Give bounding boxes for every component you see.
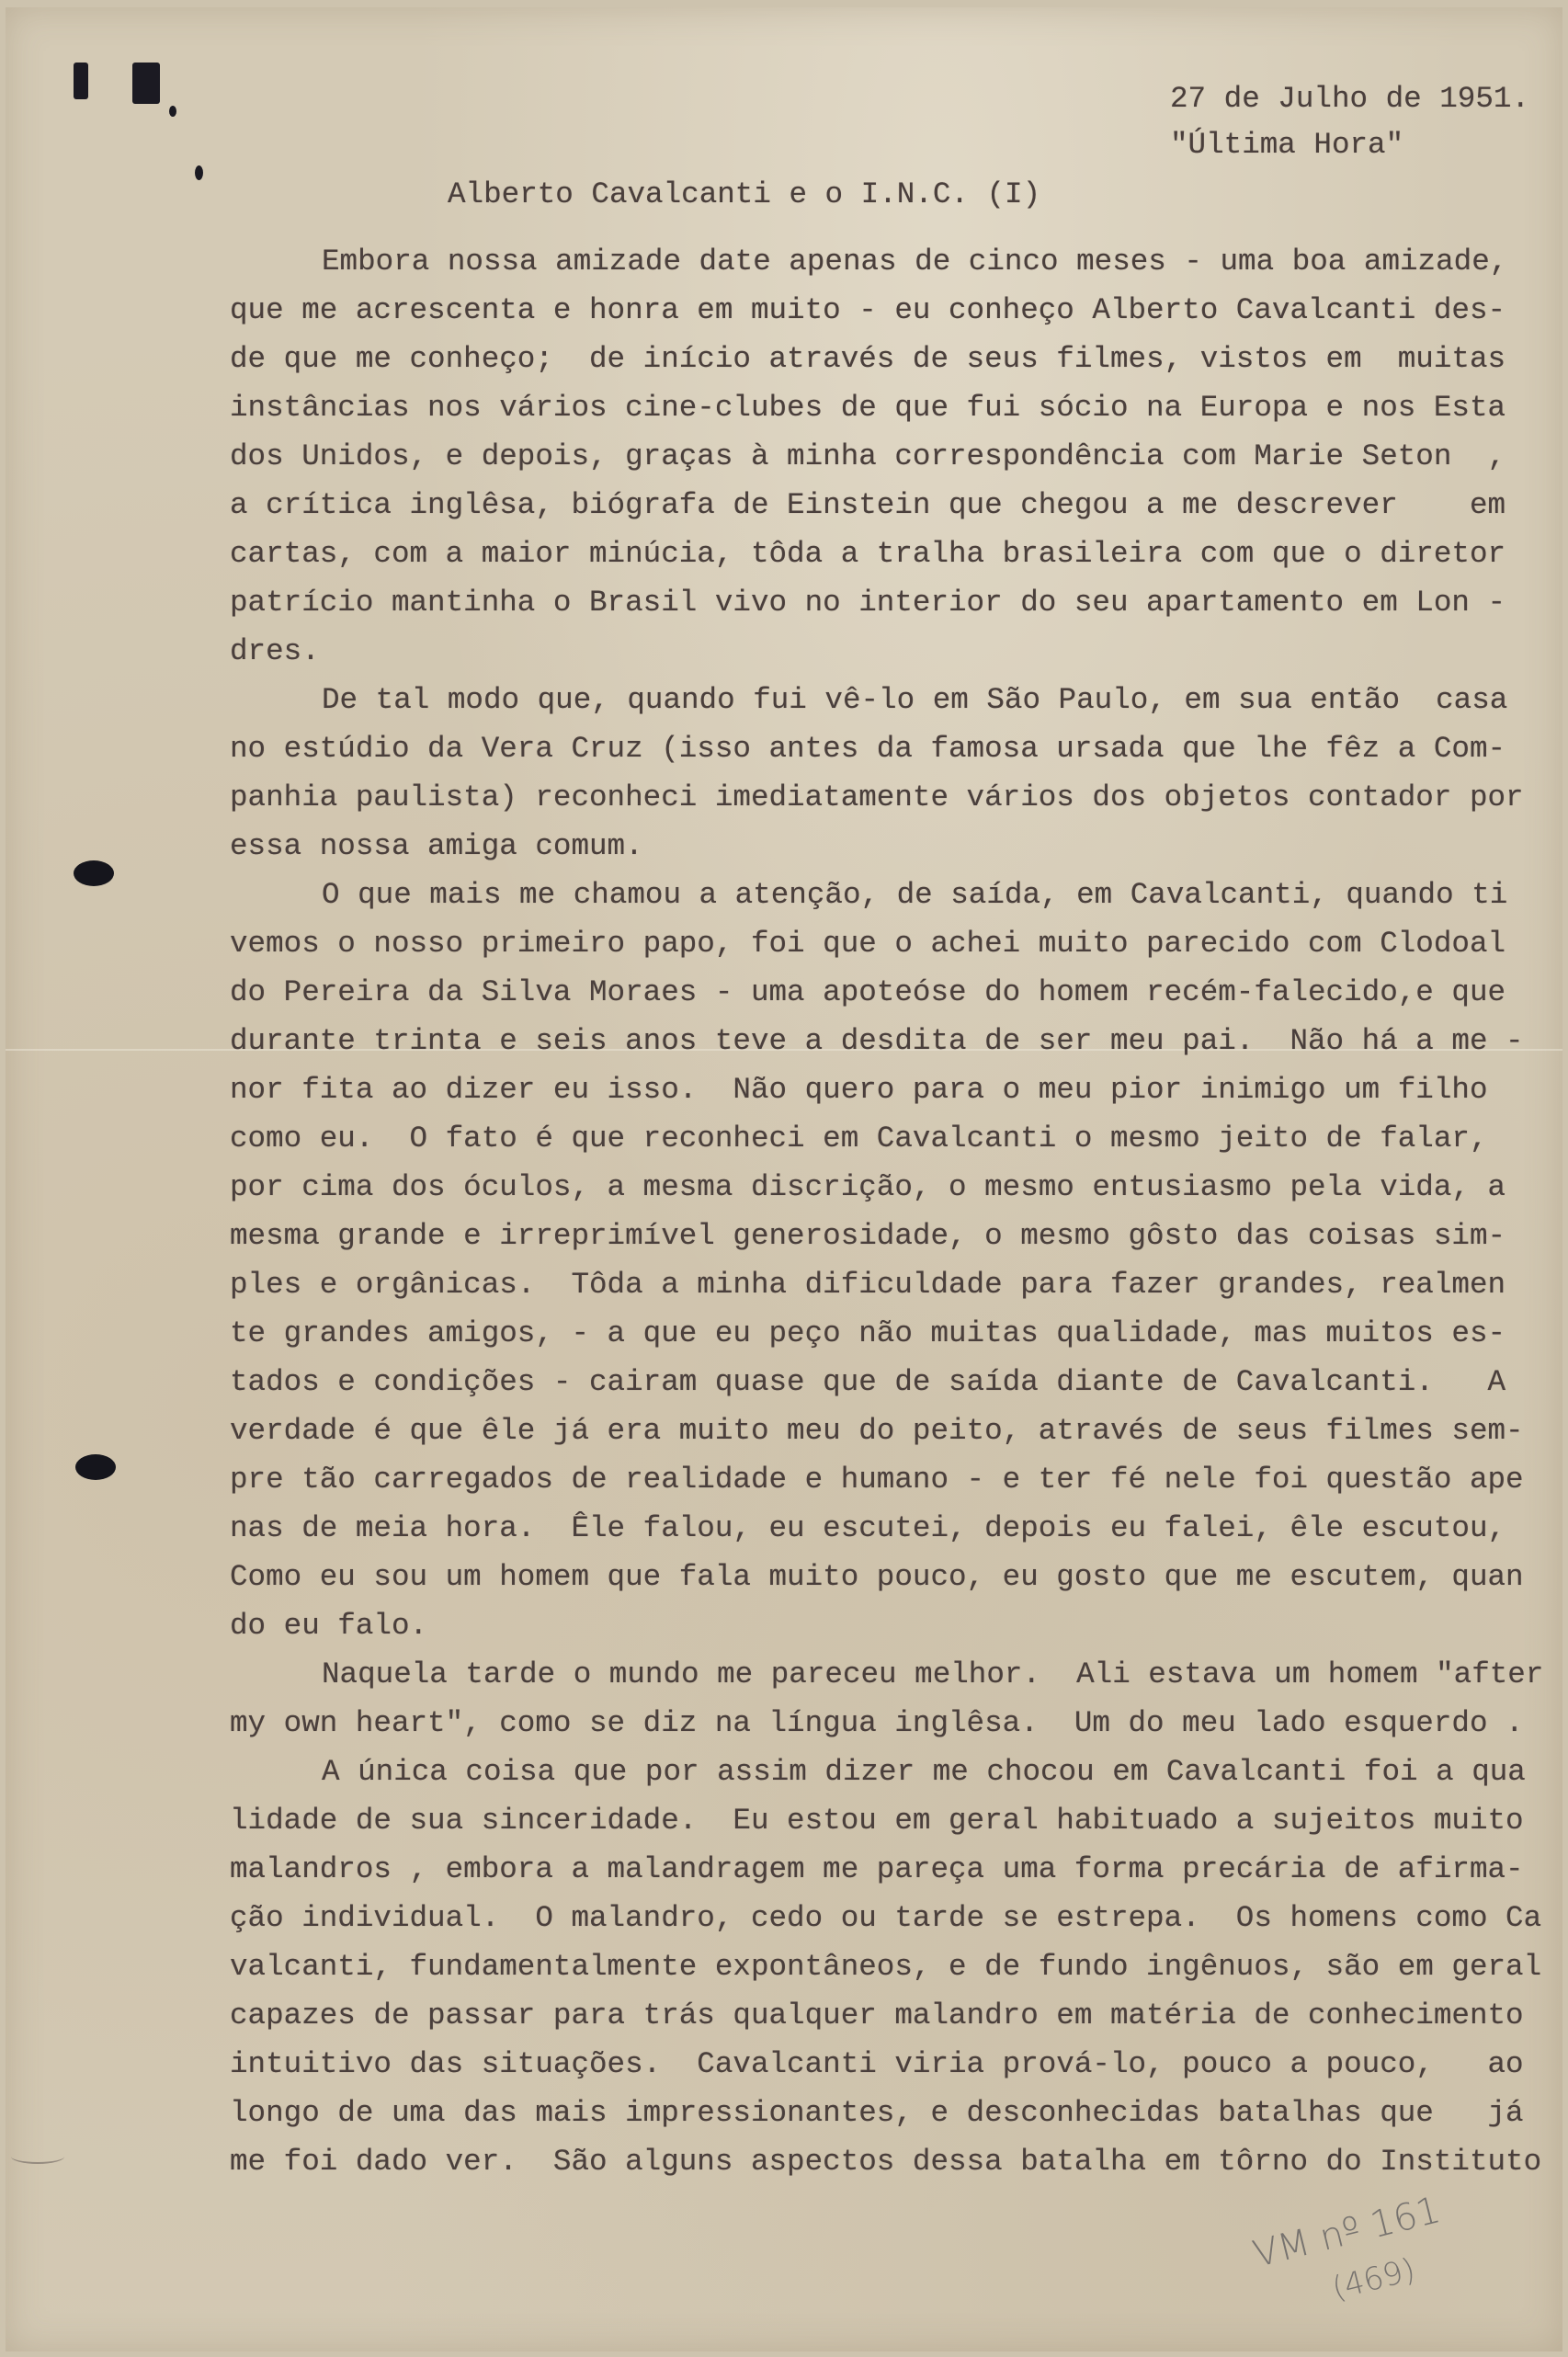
body-line: mesma grande e irreprimível generosidade… bbox=[230, 1218, 1506, 1255]
body-line: te grandes amigos, - a que eu peço não m… bbox=[230, 1315, 1506, 1352]
body-line: como eu. O fato é que reconheci em Caval… bbox=[230, 1121, 1488, 1157]
body-line: ples e orgânicas. Tôda a minha dificulda… bbox=[230, 1267, 1506, 1304]
body-line: intuitivo das situações. Cavalcanti viri… bbox=[230, 2046, 1524, 2083]
body-line: de que me conheço; de início através de … bbox=[230, 341, 1506, 378]
body-line: verdade é que êle já era muito meu do pe… bbox=[230, 1413, 1524, 1450]
margin-mark-damage bbox=[132, 63, 160, 104]
body-line: no estúdio da Vera Cruz (isso antes da f… bbox=[230, 731, 1506, 768]
margin-mark-damage bbox=[74, 63, 88, 99]
body-line: longo de uma das mais impressionantes, e… bbox=[230, 2095, 1524, 2132]
binder-hole-top bbox=[74, 860, 114, 886]
body-line: pre tão carregados de realidade e humano… bbox=[230, 1462, 1524, 1498]
body-line: me foi dado ver. São alguns aspectos des… bbox=[230, 2144, 1541, 2181]
pencil-mark bbox=[11, 2149, 64, 2164]
body-line: De tal modo que, quando fui vê-lo em São… bbox=[322, 682, 1507, 719]
body-line: nas de meia hora. Êle falou, eu escutei,… bbox=[230, 1510, 1506, 1547]
margin-mark-damage bbox=[169, 106, 176, 117]
header-publication: "Última Hora" bbox=[1170, 127, 1403, 164]
body-line: patrício mantinha o Brasil vivo no inter… bbox=[230, 585, 1506, 621]
body-line: durante trinta e seis anos teve a desdit… bbox=[230, 1023, 1524, 1060]
body-line: instâncias nos vários cine-clubes de que… bbox=[230, 390, 1506, 427]
body-line: O que mais me chamou a atenção, de saída… bbox=[322, 877, 1507, 914]
header-date: 27 de Julho de 1951. bbox=[1170, 81, 1529, 118]
body-line: dos Unidos, e depois, graças à minha cor… bbox=[230, 438, 1506, 475]
body-line: panhia paulista) reconheci imediatamente… bbox=[230, 780, 1524, 816]
body-line: tados e condições - cairam quase que de … bbox=[230, 1364, 1506, 1401]
body-line: ção individual. O malandro, cedo ou tard… bbox=[230, 1900, 1541, 1937]
body-line: my own heart", como se diz na língua ing… bbox=[230, 1705, 1524, 1742]
article-title: Alberto Cavalcanti e o I.N.C. (I) bbox=[448, 176, 1040, 213]
body-line: que me acrescenta e honra em muito - eu … bbox=[230, 292, 1506, 329]
body-line: lidade de sua sinceridade. Eu estou em g… bbox=[230, 1803, 1524, 1839]
body-line: nor fita ao dizer eu isso. Não quero par… bbox=[230, 1072, 1488, 1109]
body-line: Naquela tarde o mundo me pareceu melhor.… bbox=[322, 1657, 1543, 1693]
body-line: Embora nossa amizade date apenas de cinc… bbox=[322, 244, 1507, 280]
body-line: A única coisa que por assim dizer me cho… bbox=[322, 1754, 1526, 1791]
body-line: essa nossa amiga comum. bbox=[230, 828, 643, 865]
margin-mark-damage bbox=[195, 165, 203, 180]
body-line: vemos o nosso primeiro papo, foi que o a… bbox=[230, 926, 1506, 962]
body-line: capazes de passar para trás qualquer mal… bbox=[230, 1998, 1524, 2034]
body-line: do Pereira da Silva Moraes - uma apoteós… bbox=[230, 974, 1506, 1011]
binder-hole-bottom bbox=[75, 1454, 116, 1480]
body-line: do eu falo. bbox=[230, 1608, 427, 1645]
body-line: valcanti, fundamentalmente expontâneos, … bbox=[230, 1949, 1541, 1986]
body-line: por cima dos óculos, a mesma discrição, … bbox=[230, 1169, 1506, 1206]
body-line: cartas, com a maior minúcia, tôda a tral… bbox=[230, 536, 1506, 573]
body-line: dres. bbox=[230, 633, 320, 670]
body-line: malandros , embora a malandragem me pare… bbox=[230, 1851, 1524, 1888]
body-line: Como eu sou um homem que fala muito pouc… bbox=[230, 1559, 1524, 1596]
body-line: a crítica inglêsa, biógrafa de Einstein … bbox=[230, 487, 1506, 524]
